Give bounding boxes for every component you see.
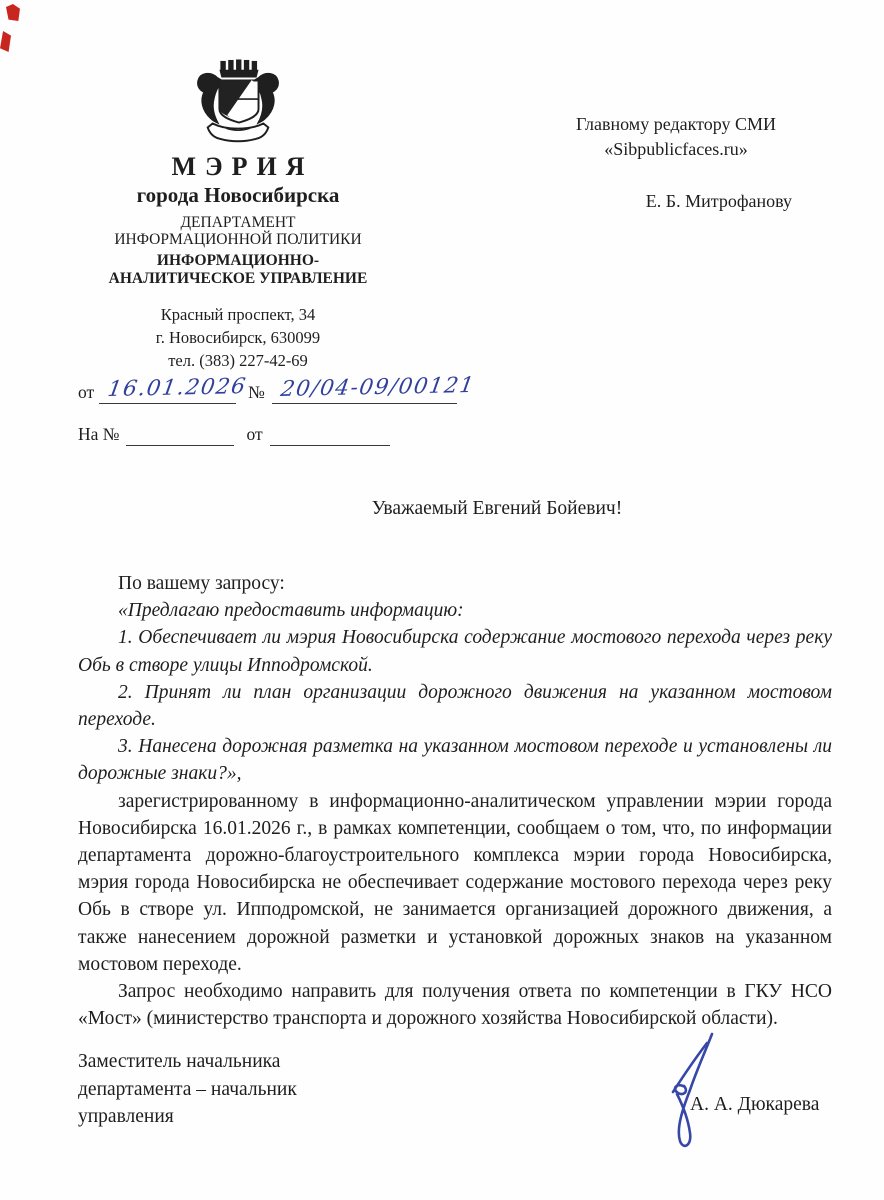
letterhead-address: Красный проспект, 34 г. Новосибирск, 630… bbox=[80, 304, 396, 372]
reply-from-label: от bbox=[246, 424, 262, 446]
recipient-line1: Главному редактору СМИ bbox=[558, 112, 794, 137]
recipient-line2: «Sibpublicfaces.ru» bbox=[558, 137, 794, 162]
address-phone: тел. (383) 227-42-69 bbox=[80, 350, 396, 373]
blank-underline bbox=[126, 419, 234, 446]
division-line2: АНАЛИТИЧЕСКОЕ УПРАВЛЕНИЕ bbox=[80, 270, 396, 287]
recipient-name: Е. Б. Митрофанову bbox=[558, 189, 794, 214]
handwritten-number: 20/04-09/00121 bbox=[279, 373, 477, 402]
letterhead: МЭРИЯ города Новосибирска ДЕПАРТАМЕНТ ИН… bbox=[80, 58, 396, 372]
date-label: от bbox=[78, 382, 94, 404]
signer-name: А. А. Дюкарева bbox=[690, 1094, 840, 1116]
blank-underline bbox=[270, 419, 390, 446]
number-underline: 20/04-09/00121 bbox=[272, 377, 457, 404]
novosibirsk-coat-of-arms-icon bbox=[189, 58, 287, 146]
salutation: Уважаемый Евгений Бойевич! bbox=[78, 498, 830, 520]
body-paragraph: Запрос необходимо направить для получени… bbox=[78, 978, 832, 1032]
body-intro: По вашему запросу: bbox=[78, 570, 832, 597]
org-name-line2: города Новосибирска bbox=[80, 184, 396, 208]
address-city: г. Новосибирск, 630099 bbox=[80, 327, 396, 350]
date-underline: 16.01.2026 bbox=[99, 377, 236, 404]
quote-paragraph: 3. Нанесена дорожная разметка на указанн… bbox=[78, 733, 832, 787]
quote-paragraph: «Предлагаю предоставить информацию: bbox=[78, 597, 832, 624]
number-label: № bbox=[248, 382, 265, 404]
org-name-line1: МЭРИЯ bbox=[80, 152, 396, 181]
body-paragraph: зарегистрированному в информационно-анал… bbox=[78, 788, 832, 978]
signer-position-line1: Заместитель начальника bbox=[78, 1048, 388, 1076]
recipient-block: Главному редактору СМИ «Sibpublicfaces.r… bbox=[558, 112, 794, 215]
registration-block: от 16.01.2026 № 20/04-09/00121 На № от bbox=[78, 374, 498, 458]
department-line2: ИНФОРМАЦИОННОЙ ПОЛИТИКИ bbox=[80, 231, 396, 248]
signer-position-line2: департамента – начальник bbox=[78, 1076, 388, 1104]
incoming-ref-row: На № от bbox=[78, 416, 498, 446]
letter-body: По вашему запросу: «Предлагаю предостави… bbox=[78, 570, 832, 1032]
quote-paragraph: 2. Принят ли план организации дорожного … bbox=[78, 679, 832, 733]
scanned-letter-page: МЭРИЯ города Новосибирска ДЕПАРТАМЕНТ ИН… bbox=[0, 0, 884, 1200]
quote-paragraph: 1. Обеспечивает ли мэрия Новосибирска со… bbox=[78, 624, 832, 678]
reply-to-label: На № bbox=[78, 424, 119, 446]
signer-position-line3: управления bbox=[78, 1103, 388, 1131]
address-street: Красный проспект, 34 bbox=[80, 304, 396, 327]
signer-position: Заместитель начальника департамента – на… bbox=[78, 1048, 388, 1131]
outgoing-ref-row: от 16.01.2026 № 20/04-09/00121 bbox=[78, 374, 498, 404]
red-scan-artifact-icon bbox=[0, 31, 11, 52]
division-line1: ИНФОРМАЦИОННО- bbox=[80, 252, 396, 269]
department-line1: ДЕПАРТАМЕНТ bbox=[80, 214, 396, 231]
handwritten-date: 16.01.2026 bbox=[106, 374, 248, 402]
red-scan-artifact-icon bbox=[6, 4, 20, 21]
